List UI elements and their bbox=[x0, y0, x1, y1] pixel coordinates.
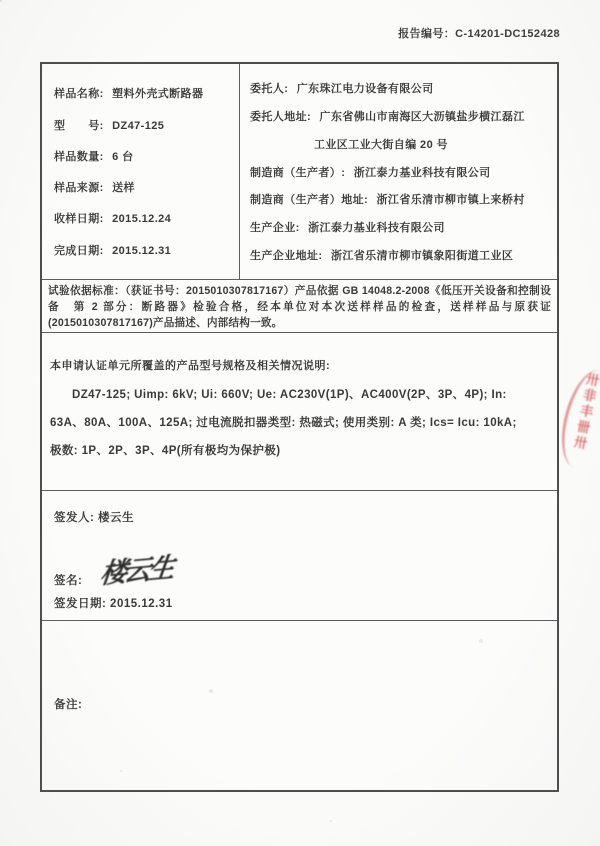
manufacturer-address-line: 制造商（生产者）地址: 浙江省乐清市柳市镇上来桥村 bbox=[250, 191, 553, 207]
models-spec-line-1: DZ47-125; Uimp: 6kV; Ui: 660V; Ue: AC230… bbox=[50, 381, 549, 409]
producer-address-line: 生产企业地址: 浙江省乐清市柳市镇象阳街道工业区 bbox=[250, 247, 553, 263]
producer-line: 生产企业: 浙江泰力基业科技有限公司 bbox=[250, 219, 553, 235]
sample-qty-label: 样品数量: bbox=[54, 151, 104, 163]
row-test-standards: 试验依据标准：（获证书号：2015010307817167）产品依据 GB 14… bbox=[42, 280, 557, 333]
manufacturer-line: 制造商（生产者）: 浙江泰力基业科技有限公司 bbox=[250, 164, 553, 180]
scan-noise bbox=[0, 0, 2, 2]
producer-label: 生产企业: bbox=[250, 222, 300, 234]
red-stamp-fragment-icon: 卅非丰卌卅 bbox=[561, 366, 600, 472]
sample-qty-line: 样品数量: 6 台 bbox=[54, 148, 235, 164]
client-label: 委托人: bbox=[250, 83, 288, 95]
signature-line: 签名: 楼云生 bbox=[54, 553, 172, 592]
remarks-label: 备注: bbox=[54, 699, 82, 711]
models-spec-line-2: 63A、80A、100A、125A; 过电流脱扣器类型: 热磁式; 使用类别: … bbox=[50, 409, 549, 437]
issuer-name: 楼云生 bbox=[98, 512, 134, 524]
sample-qty-value: 6 台 bbox=[112, 151, 133, 163]
client-address-value: 广东省佛山市南海区大沥镇盐步横江磊江 bbox=[320, 111, 525, 123]
sample-info-cell: 样品名称: 塑料外壳式断路器 型 号: DZ47-125 样品数量: 6 台 样… bbox=[42, 64, 240, 279]
issue-date-value: 2015.12.31 bbox=[110, 598, 173, 610]
receive-date-label: 收样日期: bbox=[54, 213, 104, 225]
receive-date-value: 2015.12.24 bbox=[112, 213, 171, 225]
report-number: 报告编号：C-14201-DC152428 bbox=[398, 25, 560, 41]
producer-value: 浙江泰力基业科技有限公司 bbox=[308, 222, 445, 234]
manufacturer-label: 制造商（生产者）: bbox=[250, 167, 345, 179]
manufacturer-value: 浙江泰力基业科技有限公司 bbox=[354, 167, 491, 179]
model-value: DZ47-125 bbox=[112, 120, 164, 132]
model-label: 型 号: bbox=[54, 120, 104, 132]
stamp-arc bbox=[553, 365, 600, 471]
complete-date-line: 完成日期: 2015.12.31 bbox=[54, 242, 235, 258]
sample-source-label: 样品来源: bbox=[54, 182, 104, 194]
client-address-line: 委托人地址: 广东省佛山市南海区大沥镇盐步横江磊江 bbox=[250, 108, 553, 124]
models-title: 本申请认证单元所覆盖的产品型号规格及相关情况说明: bbox=[50, 357, 549, 373]
manufacturer-address-value: 浙江省乐清市柳市镇上来桥村 bbox=[377, 194, 525, 206]
report-number-label: 报告编号： bbox=[398, 28, 455, 40]
producer-address-label: 生产企业地址: bbox=[250, 250, 322, 262]
stamp-glyphs: 卅非丰卌卅 bbox=[569, 371, 600, 453]
sample-name-line: 样品名称: 塑料外壳式断路器 bbox=[54, 85, 235, 101]
producer-address-value: 浙江省乐清市柳市镇象阳街道工业区 bbox=[331, 250, 513, 262]
receive-date-line: 收样日期: 2015.12.24 bbox=[54, 210, 235, 226]
client-address-value2: 工业区工业大街自编 20 号 bbox=[314, 139, 448, 151]
complete-date-value: 2015.12.31 bbox=[112, 245, 171, 257]
issuer-line: 签发人: 楼云生 bbox=[54, 509, 134, 525]
client-address-label: 委托人地址: bbox=[250, 111, 311, 123]
row-sample-and-parties: 样品名称: 塑料外壳式断路器 型 号: DZ47-125 样品数量: 6 台 样… bbox=[42, 64, 557, 280]
issuer-label: 签发人: bbox=[54, 512, 94, 524]
parties-info-cell: 委托人: 广东珠江电力设备有限公司 委托人地址: 广东省佛山市南海区大沥镇盐步横… bbox=[240, 64, 557, 279]
models-spec-line-3: 极数: 1P、2P、3P、4P(所有极均为保护极) bbox=[50, 437, 549, 465]
sample-source-line: 样品来源: 送样 bbox=[54, 179, 235, 195]
scanned-report-page: { "header": { "report_label": "报告编号：", "… bbox=[0, 0, 600, 846]
signature-label: 签名: bbox=[54, 575, 82, 587]
manufacturer-address-label: 制造商（生产者）地址: bbox=[250, 194, 368, 206]
sample-name-label: 样品名称: bbox=[54, 88, 104, 100]
issue-date-line: 签发日期: 2015.12.31 bbox=[54, 595, 173, 611]
client-value: 广东珠江电力设备有限公司 bbox=[297, 83, 434, 95]
handwritten-signature: 楼云生 bbox=[98, 546, 175, 592]
sample-source-value: 送样 bbox=[112, 182, 135, 194]
sample-name-value: 塑料外壳式断路器 bbox=[112, 88, 203, 100]
client-line: 委托人: 广东珠江电力设备有限公司 bbox=[250, 80, 553, 96]
test-standards-text: 试验依据标准：（获证书号：2015010307817167）产品依据 GB 14… bbox=[48, 283, 551, 331]
model-line: 型 号: DZ47-125 bbox=[54, 117, 235, 133]
report-number-value: C-14201-DC152428 bbox=[455, 28, 560, 40]
complete-date-label: 完成日期: bbox=[54, 245, 104, 257]
client-address-line2: 工业区工业大街自编 20 号 bbox=[250, 136, 553, 152]
report-table: 样品名称: 塑料外壳式断路器 型 号: DZ47-125 样品数量: 6 台 样… bbox=[40, 62, 559, 792]
row-signature: 签发人: 楼云生 签名: 楼云生 签发日期: 2015.12.31 bbox=[42, 491, 557, 621]
issue-date-label: 签发日期: bbox=[54, 598, 106, 610]
row-covered-models: 本申请认证单元所覆盖的产品型号规格及相关情况说明: DZ47-125; Uimp… bbox=[42, 333, 557, 491]
row-remarks: 备注: bbox=[42, 621, 557, 790]
